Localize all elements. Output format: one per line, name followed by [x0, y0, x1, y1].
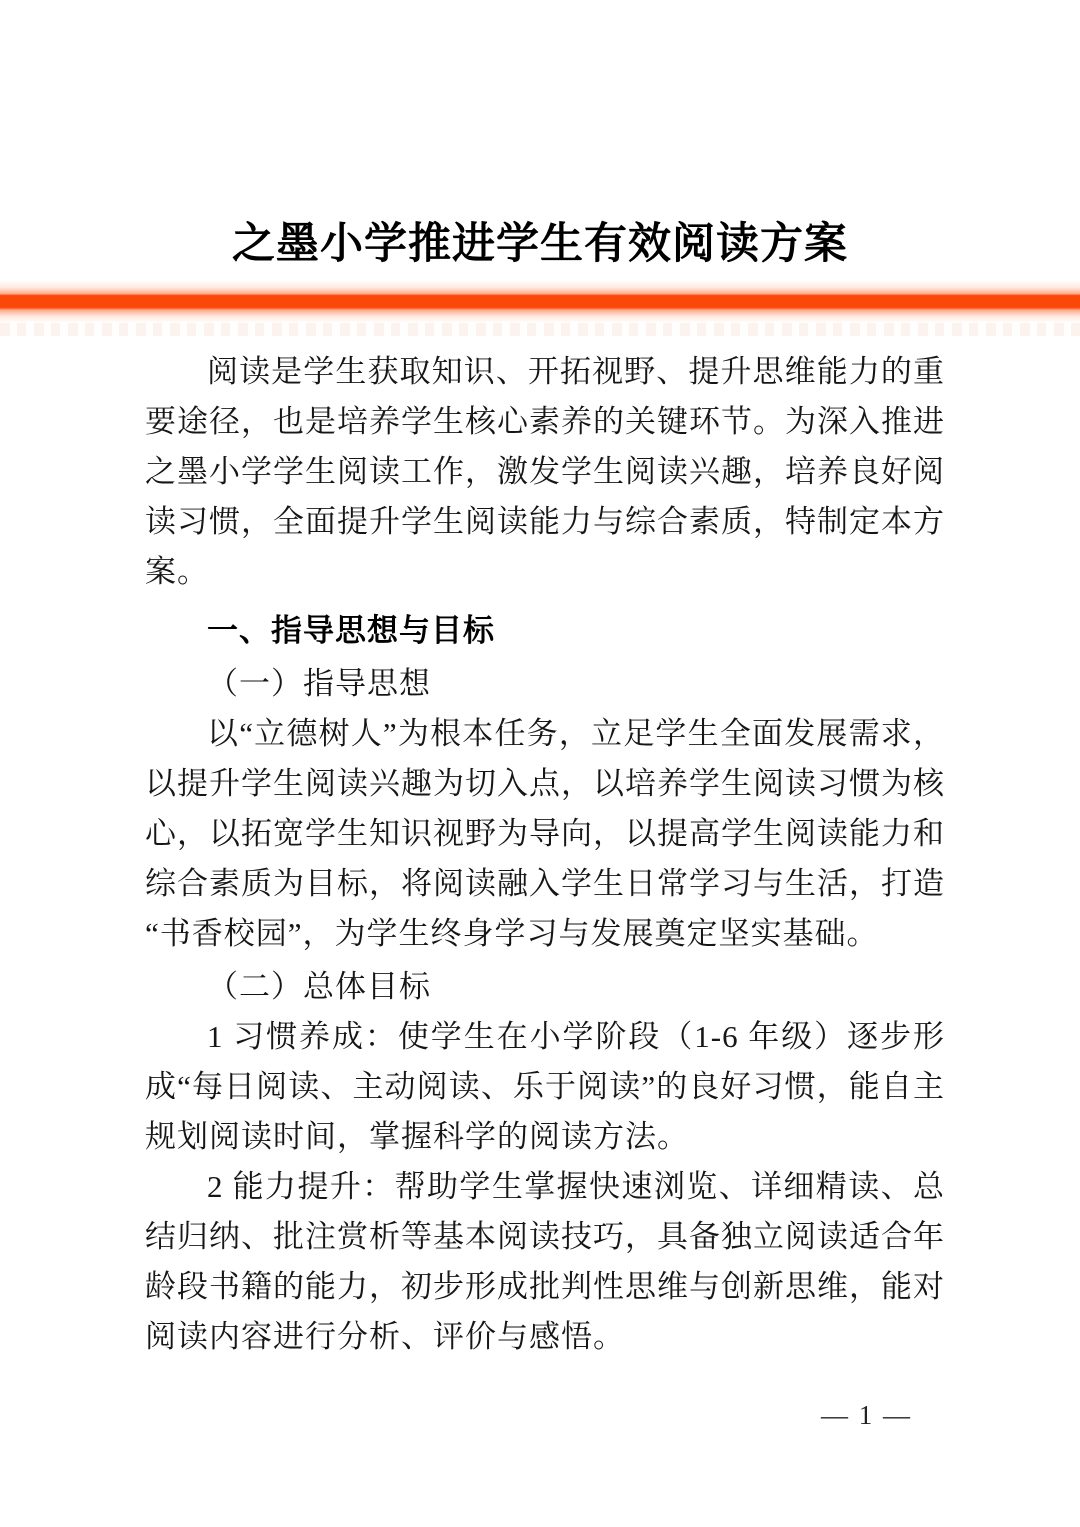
heading-guiding-ideology-and-goals: 一、指导思想与目标 — [145, 606, 945, 656]
divider-ghost-artifact-band — [0, 323, 1080, 336]
document-body: 阅读是学生获取知识、开拓视野、提升思维能力的重要途径，也是培养学生核心素养的关键… — [145, 347, 945, 1362]
document-title: 之墨小学推进学生有效阅读方案 — [0, 217, 1080, 273]
paragraph-goal-habit-formation: 1 习惯养成：使学生在小学阶段（1-6 年级）逐步形成“每日阅读、主动阅读、乐于… — [145, 1012, 945, 1162]
paragraph-goal-ability-improvement: 2 能力提升：帮助学生掌握快速浏览、详细精读、总结归纳、批注赏析等基本阅读技巧，… — [145, 1162, 945, 1362]
paragraph-intro: 阅读是学生获取知识、开拓视野、提升思维能力的重要途径，也是培养学生核心素养的关键… — [145, 347, 945, 597]
page-number: — 1 — — [821, 1398, 912, 1432]
subheading-overall-goals: （二）总体目标 — [145, 962, 945, 1012]
document-page: 之墨小学推进学生有效阅读方案 阅读是学生获取知识、开拓视野、提升思维能力的重要途… — [0, 0, 1080, 1527]
paragraph-guiding-ideology: 以“立德树人”为根本任务，立足学生全面发展需求，以提升学生阅读兴趣为切入点，以培… — [145, 709, 945, 959]
subheading-guiding-ideology: （一）指导思想 — [145, 659, 945, 709]
red-gradient-divider — [0, 280, 1080, 323]
